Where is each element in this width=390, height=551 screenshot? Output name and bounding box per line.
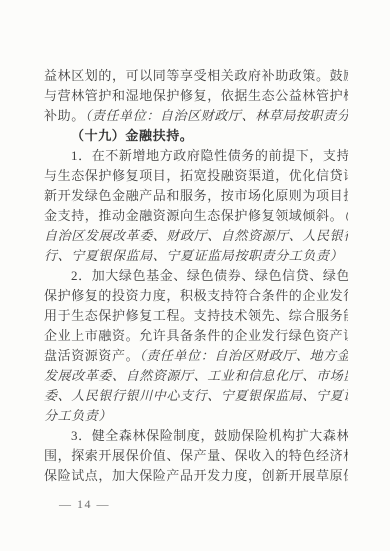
document-page: 益林区划的，可以同等享受相关政府补助政策。鼓励社会资本参 与营林管护和湿地保护修… xyxy=(0,0,390,551)
responsibility-unit-text: 委、人民银行银川中心支行、宁夏银保监局、宁夏证监局按职责 xyxy=(44,388,348,403)
body-text-segment: 保护修复的投资力度，积极支持符合条件的企业发行绿色债券， xyxy=(44,288,348,303)
text-line: 1．在不新增地方政府隐性债务的前提下，支持金融机构参 xyxy=(44,146,348,166)
body-text-segment: 企业上市融资。允许具备条件的企业发行绿色资产证券化产品， xyxy=(44,328,348,343)
text-line: 与营林管护和湿地保护修复，依据生态公益林管护标准给予经济 xyxy=(44,86,348,106)
body-text-segment: 1．在不新增地方政府隐性债务的前提下，支持金融机构参 xyxy=(71,148,348,163)
responsibility-unit-text: 分工负责） xyxy=(44,408,112,423)
body-text-segment: 与生态保护修复项目，拓宽投融资渠道，优化信贷评审方式，创 xyxy=(44,168,348,183)
text-line: （十九）金融扶持。 xyxy=(44,126,348,146)
text-line: 保护修复的投资力度，积极支持符合条件的企业发行绿色债券， xyxy=(44,286,348,306)
body-text-segment: 补助。 xyxy=(44,108,85,123)
text-line: 自治区发展改革委、财政厅、自然资源厅、人民银行银川中心支 xyxy=(44,226,348,246)
responsibility-unit-text: （责任单位：自治区财政厅、地方金融监管局、 xyxy=(139,348,348,363)
body-text-segment: 新开发绿色金融产品和服务，按市场化原则为项目提供中长期资 xyxy=(44,188,348,203)
body-text-segment: 盘活资源资产。 xyxy=(44,348,139,363)
text-line: 3．健全森林保险制度，鼓励保险机构扩大森林保险覆盖范 xyxy=(44,426,348,446)
text-line: 分工负责） xyxy=(44,406,348,426)
text-line: 围，探索开展保价值、保产量、保收入的特色经济林和林木种苗 xyxy=(44,446,348,466)
section-heading: （十九）金融扶持。 xyxy=(71,128,193,143)
text-line: 发展改革委、自然资源厅、工业和信息化厅、市场监管厅、国资 xyxy=(44,366,348,386)
text-line: 益林区划的，可以同等享受相关政府补助政策。鼓励社会资本参 xyxy=(44,66,348,86)
body-text-segment: 金支持，推动金融资源向生态保护修复领域倾斜。 xyxy=(44,208,343,223)
text-line: 行、宁夏银保监局、宁夏证监局按职责分工负责） xyxy=(44,246,348,266)
body-text-segment: 益林区划的，可以同等享受相关政府补助政策。鼓励社会资本参 xyxy=(44,68,348,83)
text-line: 新开发绿色金融产品和服务，按市场化原则为项目提供中长期资 xyxy=(44,186,348,206)
responsibility-unit-text: 行、宁夏银保监局、宁夏证监局按职责分工负责） xyxy=(44,248,343,263)
body-text-segment: 与营林管护和湿地保护修复，依据生态公益林管护标准给予经济 xyxy=(44,88,348,103)
text-line: 企业上市融资。允许具备条件的企业发行绿色资产证券化产品， xyxy=(44,326,348,346)
text-line: 2．加大绿色基金、绿色债券、绿色信贷、绿色保险等对生态 xyxy=(44,266,348,286)
responsibility-unit-text: 自治区发展改革委、财政厅、自然资源厅、人民银行银川中心支 xyxy=(44,228,348,243)
responsibility-unit-text: （责任单位：自治区财政厅、林草局按职责分工负责） xyxy=(85,108,348,123)
text-line: 保险试点，加大保险产品开发力度，创新开展草原保险及试点补 xyxy=(44,466,348,486)
body-text-segment: 围，探索开展保价值、保产量、保收入的特色经济林和林木种苗 xyxy=(44,448,348,463)
text-line: 盘活资源资产。（责任单位：自治区财政厅、地方金融监管局、 xyxy=(44,346,348,366)
text-line: 委、人民银行银川中心支行、宁夏银保监局、宁夏证监局按职责 xyxy=(44,386,348,406)
document-text-block: 益林区划的，可以同等享受相关政府补助政策。鼓励社会资本参 与营林管护和湿地保护修… xyxy=(44,66,348,486)
body-text-segment: 3．健全森林保险制度，鼓励保险机构扩大森林保险覆盖范 xyxy=(71,428,348,443)
text-line: 用于生态保护修复工程。支持技术领先、综合服务能力强的骨干 xyxy=(44,306,348,326)
text-line: 补助。（责任单位：自治区财政厅、林草局按职责分工负责） xyxy=(44,106,348,126)
page-number: — 14 — xyxy=(59,494,110,514)
responsibility-unit-text: （责任单位： xyxy=(343,208,348,223)
text-line: 与生态保护修复项目，拓宽投融资渠道，优化信贷评审方式，创 xyxy=(44,166,348,186)
text-line: 金支持，推动金融资源向生态保护修复领域倾斜。（责任单位： xyxy=(44,206,348,226)
responsibility-unit-text: 发展改革委、自然资源厅、工业和信息化厅、市场监管厅、国资 xyxy=(44,368,348,383)
body-text-segment: 2．加大绿色基金、绿色债券、绿色信贷、绿色保险等对生态 xyxy=(71,268,348,283)
body-text-segment: 保险试点，加大保险产品开发力度，创新开展草原保险及试点补 xyxy=(44,468,348,483)
body-text-segment: 用于生态保护修复工程。支持技术领先、综合服务能力强的骨干 xyxy=(44,308,348,323)
